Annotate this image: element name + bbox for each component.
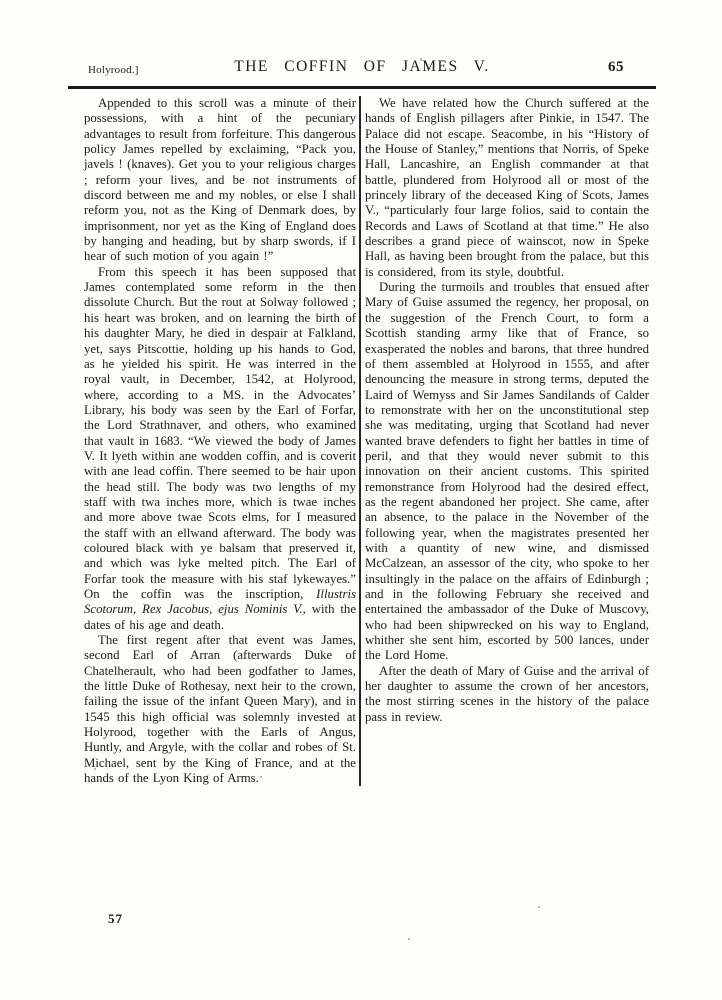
paragraph-scroll-minute: Appended to this scroll was a minute of …	[84, 96, 356, 265]
scan-speck	[94, 768, 96, 770]
paragraph-mary-of-guise: During the turmoils and troubles that en…	[365, 280, 649, 664]
paragraph-church-pillage: We have related how the Church suffered …	[365, 96, 649, 280]
page-title: THE COFFIN OF JAMES V.	[68, 58, 656, 76]
paragraph-james-death: From this speech it has been supposed th…	[84, 265, 356, 633]
scan-speck	[420, 58, 422, 61]
column-divider-rule	[359, 96, 361, 786]
scan-speck	[408, 938, 410, 940]
paragraph-text: From this speech it has been supposed th…	[84, 265, 356, 601]
book-page: Holyrood.] THE COFFIN OF JAMES V. 65 App…	[0, 0, 722, 1000]
left-column: Appended to this scroll was a minute of …	[84, 96, 356, 786]
page-number: 65	[608, 59, 624, 76]
scan-speck	[260, 776, 262, 778]
scan-speck	[538, 906, 540, 908]
signature-mark: 57	[108, 911, 123, 927]
paragraph-closing: After the death of Mary of Guise and the…	[365, 664, 649, 725]
text-columns: Appended to this scroll was a minute of …	[84, 96, 650, 786]
header-rule	[68, 86, 656, 89]
paragraph-first-regent: The first regent after that event was Ja…	[84, 633, 356, 786]
right-column: We have related how the Church suffered …	[365, 96, 649, 786]
